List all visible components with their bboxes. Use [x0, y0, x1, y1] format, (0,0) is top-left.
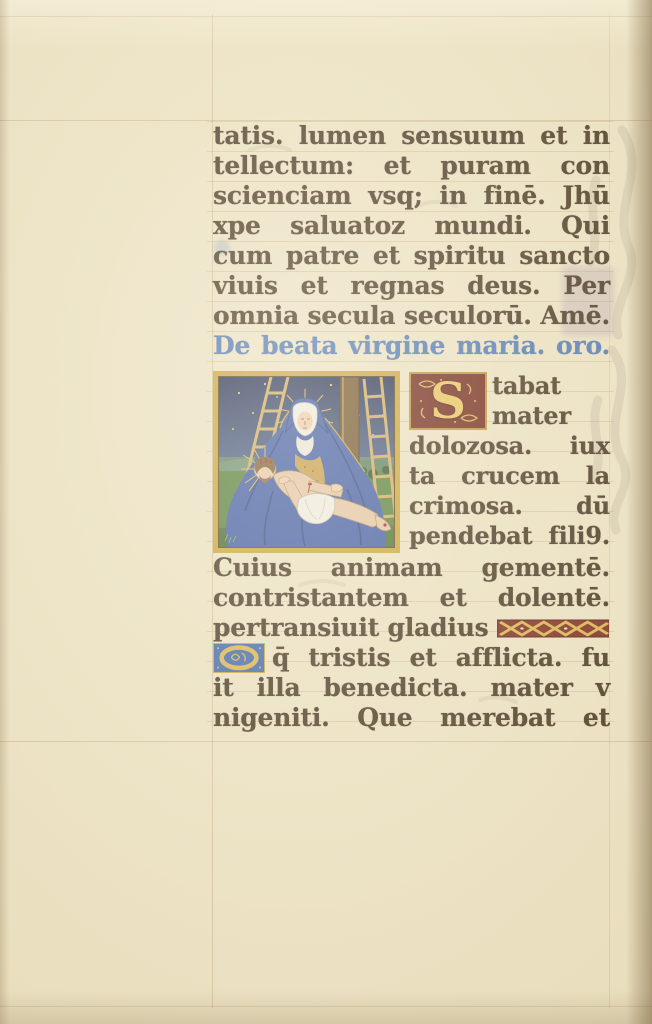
text-line: pertransiuit gladius [213, 613, 489, 643]
ruling-line-top [0, 16, 652, 17]
o-quam-line: O q̄ tristis et afflicta. fu [213, 643, 610, 673]
text-line: tatis. lumen sensuum et in [213, 121, 610, 151]
foot-wound [383, 523, 386, 526]
decorated-initial-o: O [213, 643, 265, 673]
decorated-initial-s: S [409, 372, 487, 430]
initial-s-row: S tabat mater [409, 371, 610, 431]
text-line: tellectum: et puram con [213, 151, 610, 181]
text-line: pendebat fili9. [409, 521, 610, 551]
text-line: omnia secula seculorū. Amē. [213, 301, 610, 331]
text-line: contristantem et dolentē. [213, 583, 610, 613]
gladius-line: pertransiuit gladius [213, 613, 610, 643]
ruling-line-bottom [0, 1006, 652, 1007]
text-line: dolozosa. iux [409, 431, 610, 461]
text-line: tabat [492, 371, 610, 401]
text-line: it illa benedicta. mater v [213, 673, 610, 703]
ruling-line-textblock-bottom [0, 741, 652, 742]
text-line: viuis et regnas deus. Per [213, 271, 610, 301]
stabat-column: S tabat mater dolozosa. iux ta crucem la… [409, 371, 610, 553]
text-line: ta crucem la [409, 461, 610, 491]
text-line: q̄ tristis et afflicta. fu [272, 643, 610, 673]
rubric-line: De beata virgine maria. oro. [213, 331, 610, 361]
initial-o-ornament [214, 644, 264, 672]
line-filler-ornament [497, 619, 609, 638]
text-block: tatis. lumen sensuum et in tellectum: et… [213, 121, 610, 733]
stabat-beside-lines: tabat mater [487, 371, 610, 431]
pieta-miniature [213, 371, 400, 553]
initial-s-letter: S [411, 374, 485, 428]
manuscript-page: tatis. lumen sensuum et in tellectum: et… [0, 0, 652, 1024]
text-line: mater [492, 401, 610, 431]
text-line: crimosa. dū [409, 491, 610, 521]
text-line: cum patre et spiritu sancto [213, 241, 610, 271]
text-line: xpe saluatoz mundi. Qui [213, 211, 610, 241]
text-line: Cuius animam gementē. [213, 553, 610, 583]
text-line: nigeniti. Que merebat et [213, 703, 610, 733]
pieta-section: S tabat mater dolozosa. iux ta crucem la… [213, 371, 610, 553]
text-line: scienciam vsq; in finē. Jhū [213, 181, 610, 211]
